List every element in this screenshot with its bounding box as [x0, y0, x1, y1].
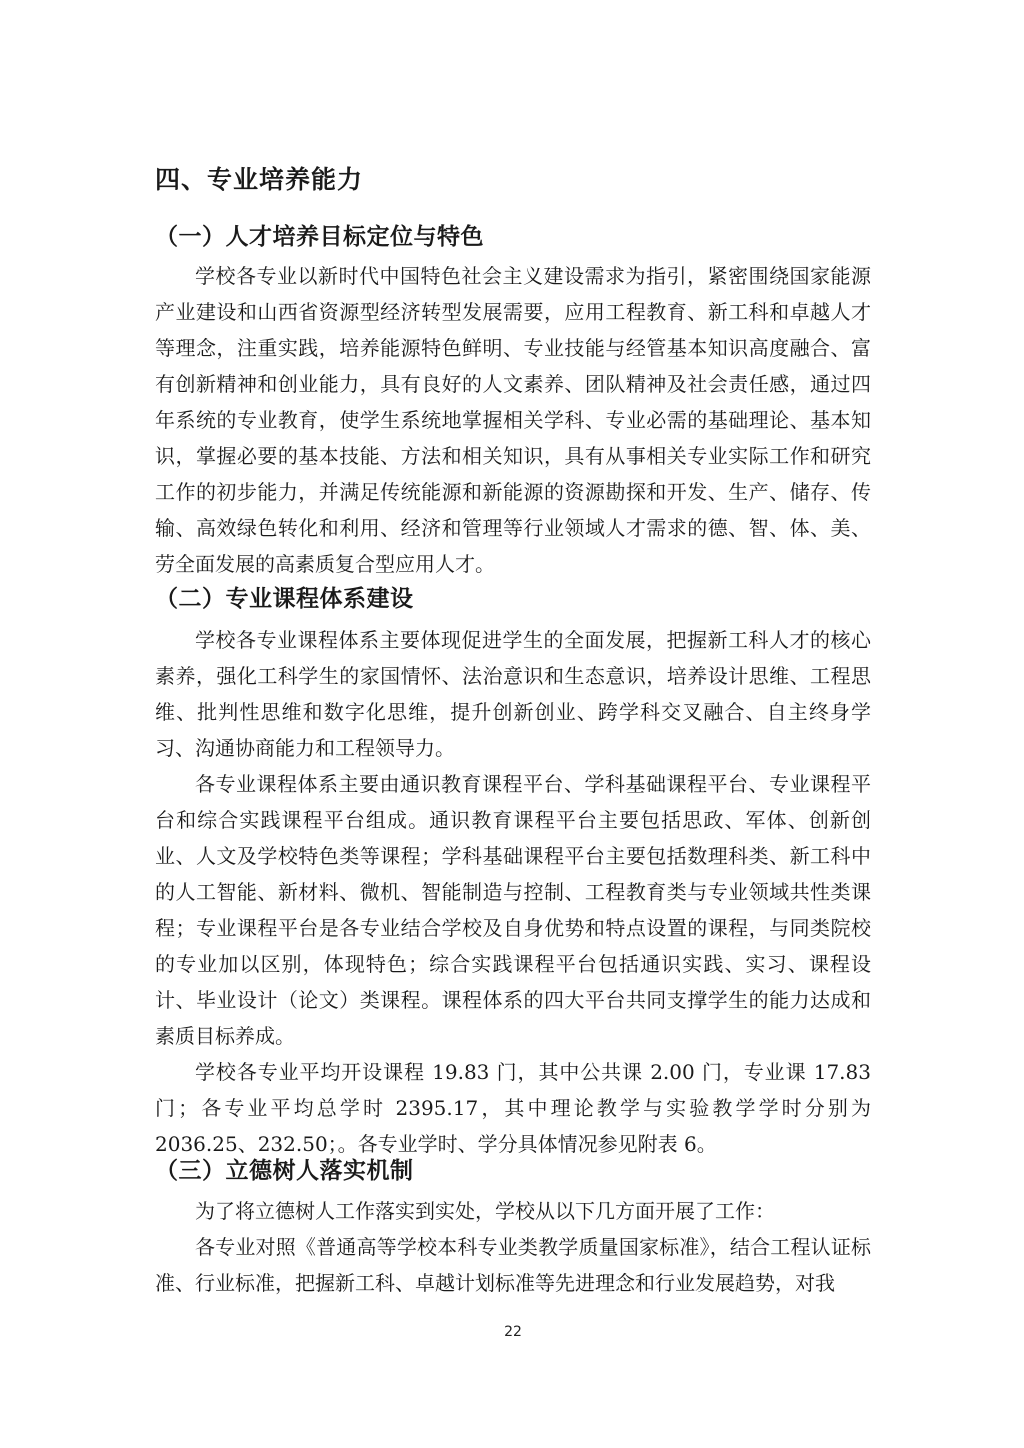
subsection-heading-3: （三）立德树人落实机制 — [155, 1152, 414, 1185]
paragraph-talent-goal: 学校各专业以新时代中国特色社会主义建设需求为指引，紧密围绕国家能源产业建设和山西… — [155, 258, 871, 582]
paragraph-moral-education-intro: 为了将立德树人工作落实到实处，学校从以下几方面开展了工作： — [155, 1193, 871, 1229]
paragraph-course-platforms: 各专业课程体系主要由通识教育课程平台、学科基础课程平台、专业课程平台和综合实践课… — [155, 766, 871, 1054]
section-heading: 四、专业培养能力 — [155, 160, 363, 196]
paragraph-course-statistics: 学校各专业平均开设课程 19.83 门，其中公共课 2.00 门，专业课 17.… — [155, 1054, 871, 1162]
page-number: 22 — [155, 1324, 871, 1340]
paragraph-course-system-intro: 学校各专业课程体系主要体现促进学生的全面发展，把握新工科人才的核心素养，强化工科… — [155, 622, 871, 766]
paragraph-standards: 各专业对照《普通高等学校本科专业类教学质量国家标准》，结合工程认证标准、行业标准… — [155, 1229, 871, 1301]
subsection-heading-1: （一）人才培养目标定位与特色 — [155, 218, 484, 251]
subsection-heading-2: （二）专业课程体系建设 — [155, 580, 414, 613]
